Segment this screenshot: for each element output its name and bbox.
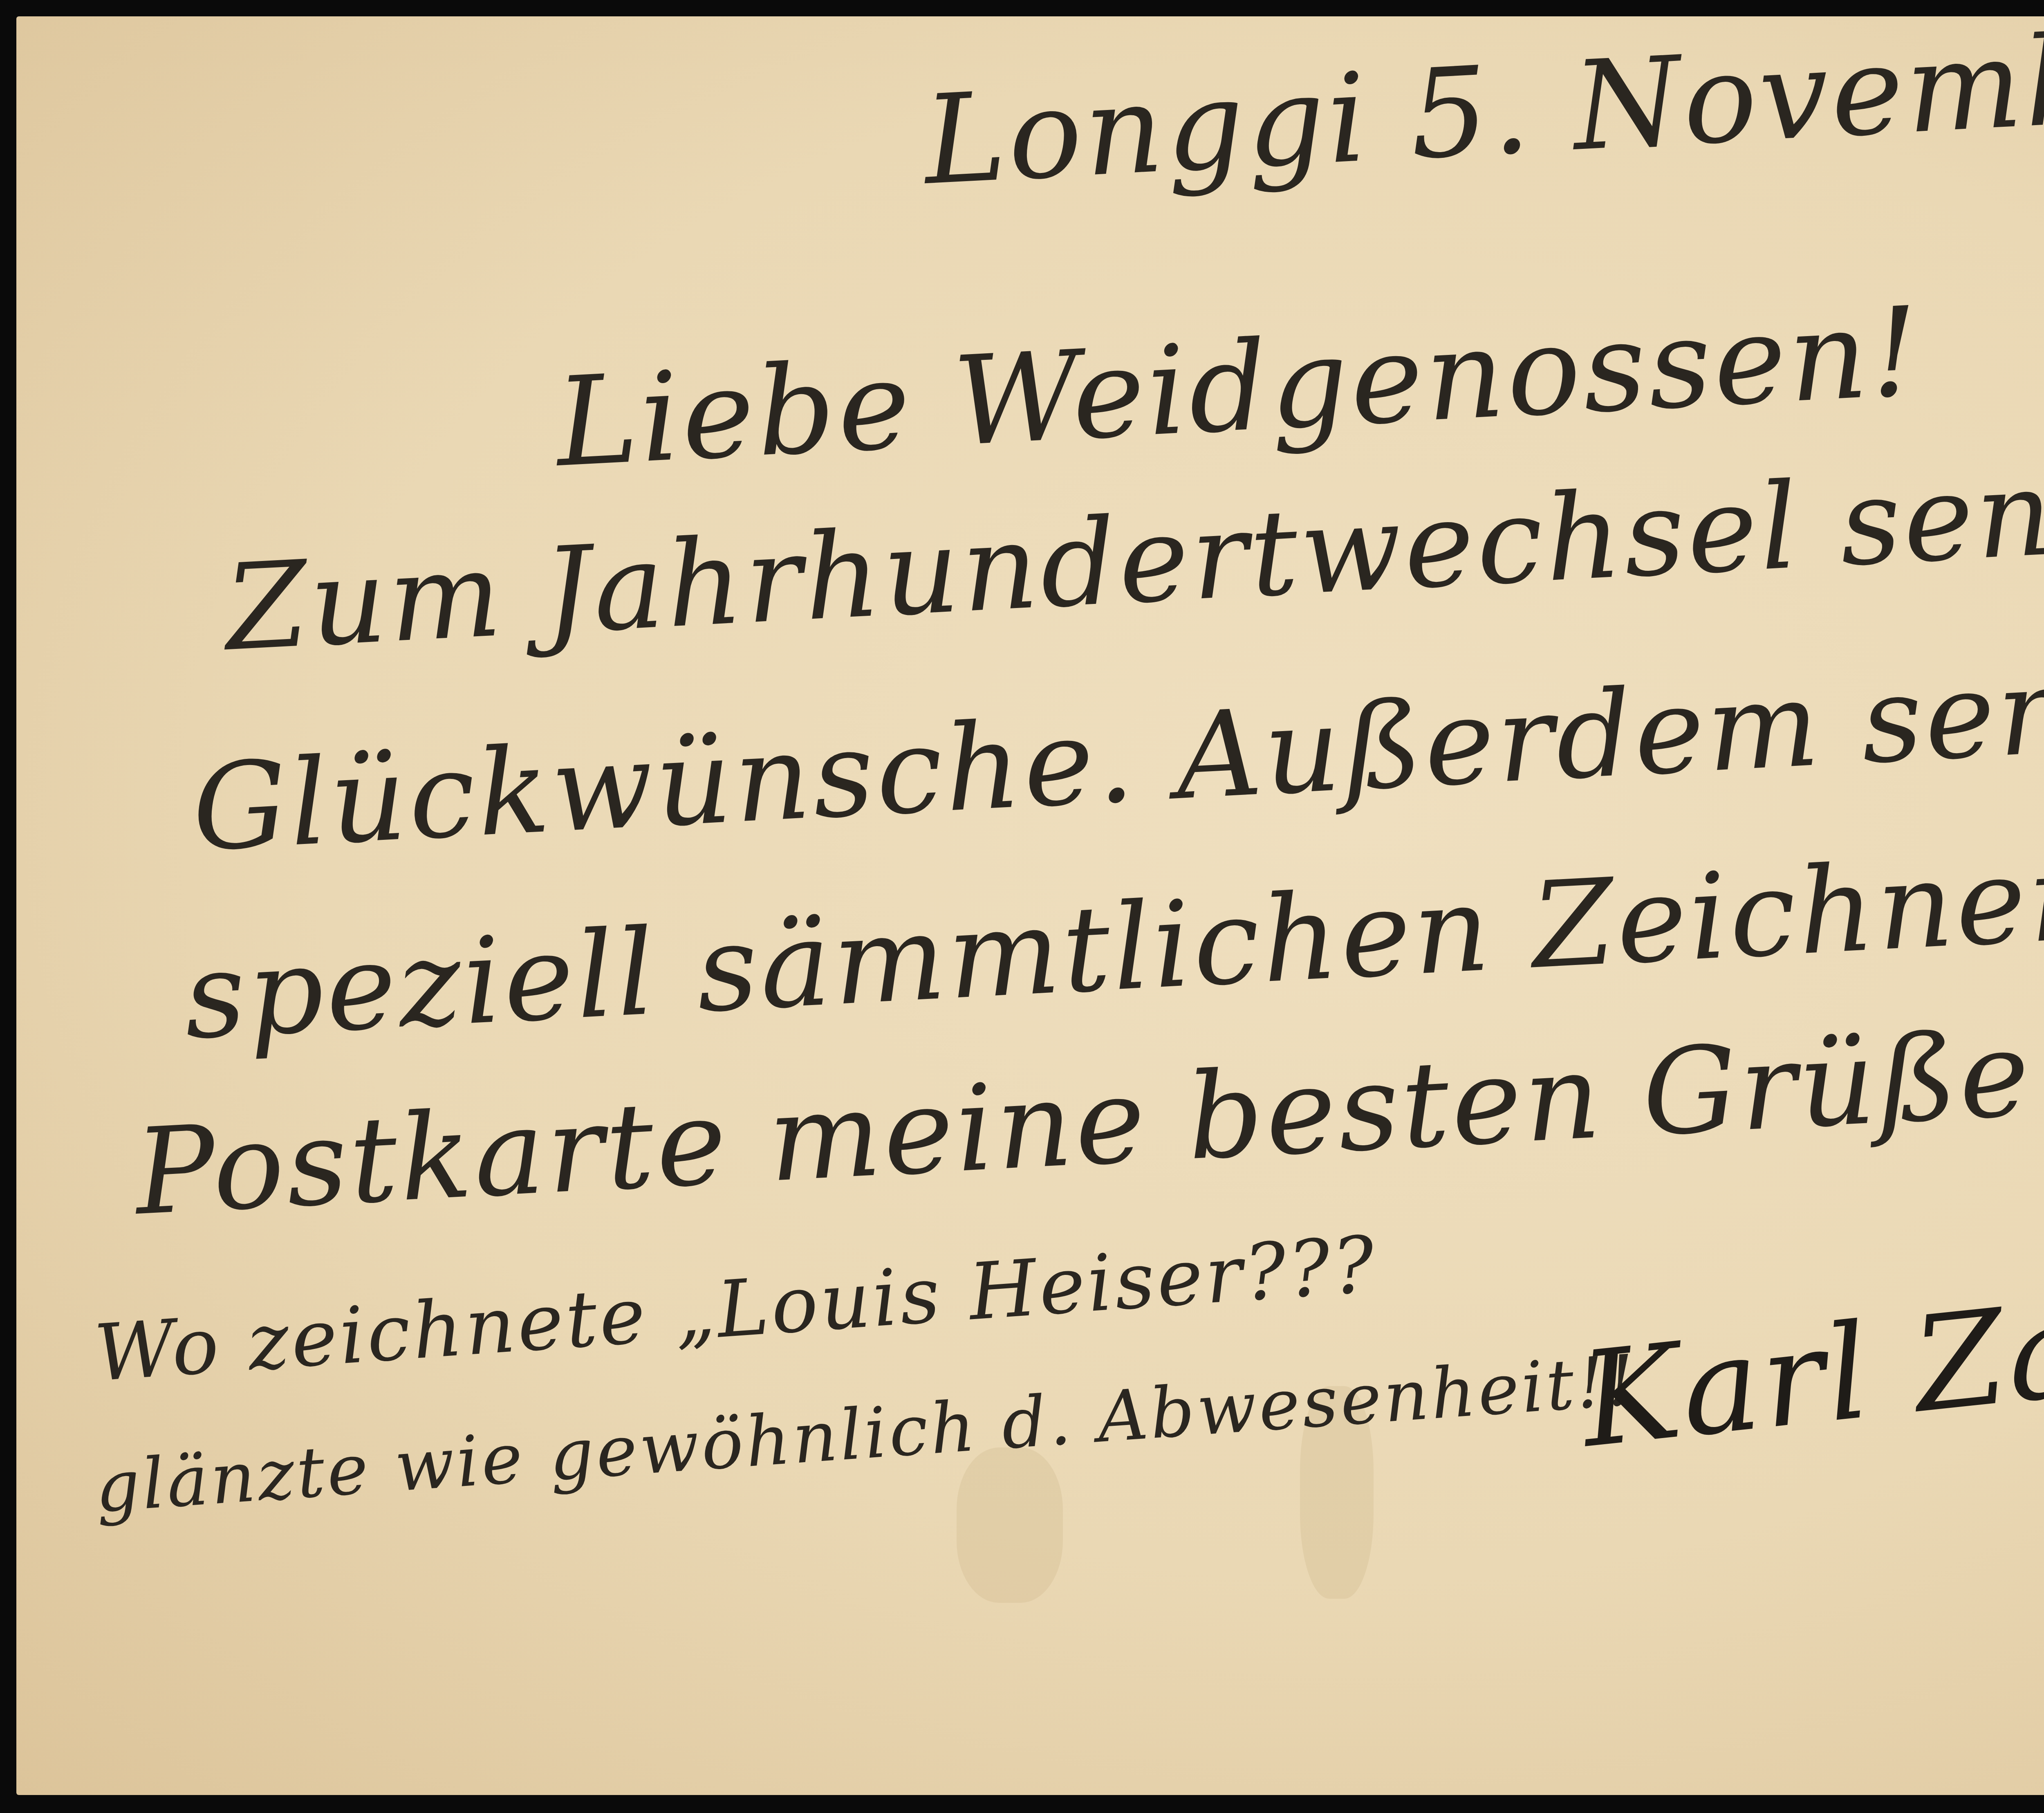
signature: Karl Zaeg [1574,1255,2044,1477]
postcard: Longgi 5. November 1900 Liebe Weidgenoss… [16,16,2044,1795]
place-date: Longgi 5. November 1900 [921,0,2044,212]
paper-stain [957,1447,1063,1603]
